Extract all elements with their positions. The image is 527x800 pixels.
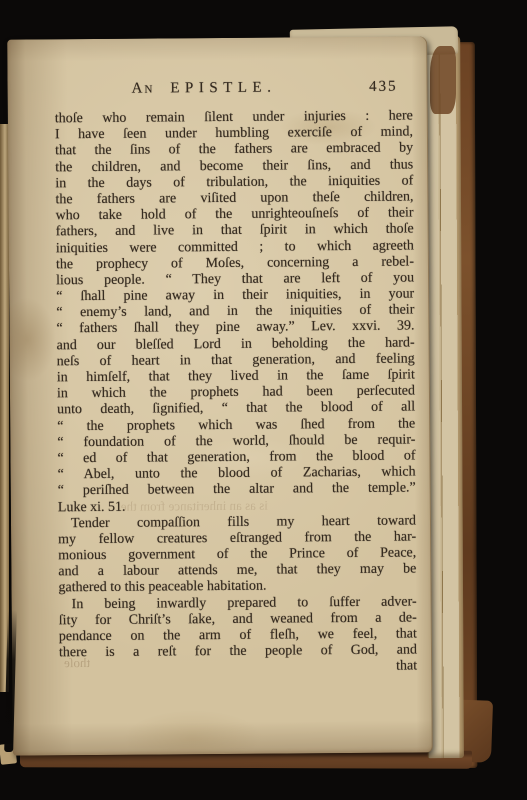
text-line: that	[59, 659, 417, 678]
running-head-an: An	[132, 81, 155, 98]
running-head-title: EPISTLE.	[170, 80, 276, 98]
running-head: An EPISTLE. 435	[48, 79, 408, 99]
text-block: thoſe who remain ſilent under injuries :…	[55, 108, 417, 677]
book-photograph: An EPISTLE. 435 thoſe who remain ſilent …	[0, 0, 527, 800]
book-page: An EPISTLE. 435 thoſe who remain ſilent …	[7, 36, 433, 755]
text-line: and a labour attends me, that they may b…	[58, 562, 416, 581]
page-number: 435	[369, 79, 398, 96]
text-line: “ periſhed between the altar and the tem…	[58, 481, 416, 500]
binding-wear-smudge	[430, 46, 456, 114]
text-line: there is a reſt for the people of God, a…	[59, 643, 417, 662]
